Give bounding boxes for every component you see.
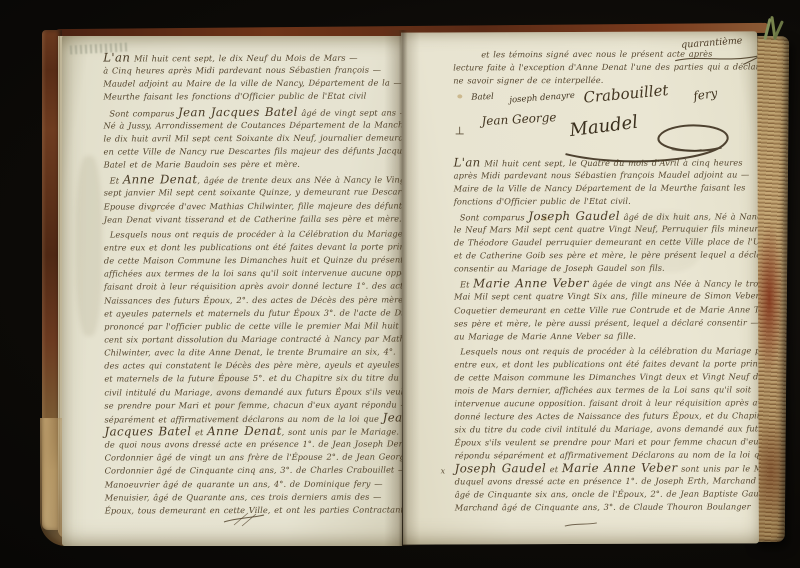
- handwritten-paragraph: Lesquels nous ont requis de procéder à l…: [454, 344, 759, 515]
- closing-lines-previous-act: et les témoins signé avec nous le présen…: [453, 47, 755, 87]
- handwritten-paragraph: L'an Mil huit cent sept, le dix Neuf du …: [103, 50, 401, 104]
- handwritten-line: Cordonnier âgé de vingt un ans frère de …: [105, 451, 402, 465]
- handwritten-line: L'an Mil huit cent sept, le Quatre du mo…: [454, 155, 758, 169]
- handwritten-line: lecture faite à l'exception d'Anne Denat…: [453, 60, 755, 74]
- handwritten-line: Époux s'ils veulent se prendre pour Mari…: [455, 435, 759, 449]
- scanned-register-spread: L'an Mil huit cent sept, le dix Neuf du …: [0, 0, 800, 568]
- handwritten-line: prononcé par l'officier public de cette …: [104, 319, 402, 333]
- signature-batel: Batel: [471, 92, 494, 103]
- left-page-text: L'an Mil huit cent sept, le dix Neuf du …: [103, 50, 402, 517]
- right-page: quarantième et les témoins signé avec no…: [401, 31, 759, 544]
- handwritten-paragraph: L'an Mil huit cent sept, le Quatre du mo…: [454, 155, 758, 208]
- handwritten-line: se prendre pour Mari et pour femme, chac…: [104, 398, 402, 412]
- handwritten-paragraph: Et Marie Anne Veber âgée de vingt ans Né…: [454, 277, 758, 343]
- handwritten-line: Naissances des futurs Époux, 2°. des act…: [104, 293, 402, 307]
- handwritten-line: faisant droit à leur réquisition après a…: [104, 280, 402, 294]
- ink-bleedthrough: [76, 156, 102, 336]
- handwritten-line: de cette Maison commune les Dimanches Vi…: [454, 370, 758, 384]
- handwritten-line: duquel avons dressé acte en présence 1°.…: [455, 475, 759, 489]
- handwritten-line: le Neuf Mars Mil sept cent quatre Vingt …: [454, 223, 758, 237]
- handwritten-line: Coquetier demeurant en cette Ville rue C…: [454, 303, 758, 317]
- handwritten-line: cent six portant dissolution du Mariage …: [104, 332, 402, 346]
- left-page: L'an Mil huit cent sept, le dix Neuf du …: [62, 36, 402, 546]
- handwritten-line: de cette Maison Commune les Dimanches hu…: [104, 254, 402, 268]
- handwritten-line: Maudel adjoint au Maire de la ville de N…: [103, 77, 401, 91]
- margin-witness-mark: x: [441, 466, 446, 475]
- handwritten-line: Lesquels nous ont requis de procéder à l…: [454, 344, 758, 358]
- handwritten-line: en cette Ville de Nancy rue Descartes fi…: [104, 144, 402, 158]
- handwritten-line: Maire de la Ville de Nancy Département d…: [454, 181, 758, 195]
- handwritten-line: civil intitulé du Mariage, avons demandé…: [104, 385, 402, 399]
- handwritten-line: Jean Denat vivant tisserand et de Cather…: [104, 212, 402, 226]
- handwritten-line: entre eux, et dont les publications ont …: [454, 357, 758, 371]
- handwritten-line: au Mariage de Marie Anne Veber sa fille.: [454, 329, 758, 343]
- handwritten-line: Et Anne Denat, âgée de trente deux ans N…: [104, 173, 402, 187]
- handwritten-paragraph: et les témoins signé avec nous le présen…: [453, 47, 755, 87]
- handwritten-line: Marchand âgé de Cinquante ans, 3°. de Cl…: [455, 501, 759, 515]
- handwritten-line: et de Catherine Goib ses père et mère, l…: [454, 249, 758, 263]
- bookmark-tuft: [760, 16, 790, 46]
- handwritten-line: donné lecture des Actes de Naissance des…: [454, 409, 758, 423]
- handwritten-line: affichées aux termes de la loi sans qu'i…: [104, 267, 402, 281]
- handwritten-line: six du titre du code civil intitulé du M…: [454, 422, 758, 436]
- handwritten-line: fonctions d'Officier public de l'Etat ci…: [454, 195, 758, 209]
- handwritten-line: et les témoins signé avec nous le présen…: [453, 47, 755, 61]
- handwritten-line: sept janvier Mil sept cent soixante Quin…: [104, 186, 402, 200]
- handwritten-line: après Midi pardevant nous Sébastien fran…: [454, 168, 758, 182]
- end-dash-flourish: [563, 520, 599, 530]
- handwritten-line: des actes qui constatent le Décès des pè…: [104, 359, 402, 373]
- handwritten-line: ses père et mère, le père aussi présent,…: [454, 316, 758, 330]
- end-of-act-flourish: [222, 510, 266, 528]
- handwritten-line: et ayeules paternels et maternels du fut…: [104, 306, 402, 320]
- handwritten-line: Batel et de Marie Baudoin ses père et mè…: [104, 158, 402, 172]
- handwritten-line: Meurthe faisant les fonctions d'Officier…: [103, 90, 401, 104]
- handwritten-line: âgé de Cinquante six ans, oncle de l'Épo…: [455, 488, 759, 502]
- handwritten-line: Menuisier, âgé de Quarante ans, ces troi…: [105, 490, 402, 504]
- handwritten-line: mois de Mars dernier, affichées aux term…: [454, 383, 758, 397]
- margin-cross-mark: ⊥: [454, 124, 464, 137]
- handwritten-line: Joseph Gaudel et Marie Anne Veber sont u…: [455, 461, 759, 475]
- handwritten-line: Né à Jussy, Arrondissement de Coutances …: [103, 118, 401, 132]
- handwritten-line: Manoeuvrier âgé de quarante un ans, 4°. …: [105, 477, 402, 491]
- handwritten-paragraph: Et Anne Denat, âgée de trente deux ans N…: [104, 173, 402, 227]
- foxing-spot: [457, 94, 462, 98]
- handwritten-paragraph: Lesquels nous ont requis de procéder à l…: [104, 227, 402, 517]
- signature-joseph-denayre: joseph denayre: [509, 91, 575, 106]
- handwritten-line: Sont comparus Jean Jacques Batel âgé de …: [103, 105, 401, 119]
- handwritten-line: Cordonnier âgé de Cinquante cinq ans, 3°…: [105, 464, 402, 478]
- handwritten-line: de Théodore Gaudel perruquier demeurant …: [454, 236, 758, 250]
- handwritten-line: Sont comparus Joseph Gaudel âgé de dix h…: [454, 210, 758, 224]
- handwritten-line: Lesquels nous ont requis de procéder à l…: [104, 227, 402, 241]
- handwritten-line: Mai Mil sept cent quatre Vingt Six ans, …: [454, 290, 758, 304]
- handwritten-line: entre eux et dont les publications ont é…: [104, 240, 402, 254]
- handwritten-line: consentir au Mariage de Joseph Gaudel so…: [454, 262, 758, 276]
- handwritten-paragraph: Sont comparus Joseph Gaudel âgé de dix h…: [454, 210, 758, 276]
- signature-fery: fery: [692, 86, 718, 103]
- handwritten-line: Et Marie Anne Veber âgée de vingt ans Né…: [454, 277, 758, 291]
- handwritten-line: le dix huit avril Mil sept cent Soixante…: [103, 131, 401, 145]
- handwritten-line: Jacques Batel et Anne Denat, sont unis p…: [104, 424, 402, 438]
- handwritten-line: Chilwinter, avec la dite Anne Denat, le …: [104, 346, 402, 360]
- signature-jean-george: Jean George: [481, 110, 557, 128]
- handwritten-line: de quoi nous avons dressé acte en présen…: [105, 438, 402, 452]
- handwritten-line: intervenue aucune opposition. faisant dr…: [454, 396, 758, 410]
- handwritten-line: et maternels de la future Épouse 5°. et …: [104, 372, 402, 386]
- handwritten-paragraph: Sont comparus Jean Jacques Batel âgé de …: [103, 105, 401, 172]
- handwritten-line: ne savoir signer de ce interpellée.: [453, 73, 755, 87]
- handwritten-line: L'an Mil huit cent sept, le dix Neuf du …: [103, 50, 401, 64]
- handwritten-line: Epouse divorcée d'avec Mathias Chilwinte…: [104, 199, 402, 213]
- right-page-text: L'an Mil huit cent sept, le Quatre du mo…: [454, 155, 759, 514]
- handwritten-line: à Cinq heures après Midi pardevant nous …: [103, 64, 401, 78]
